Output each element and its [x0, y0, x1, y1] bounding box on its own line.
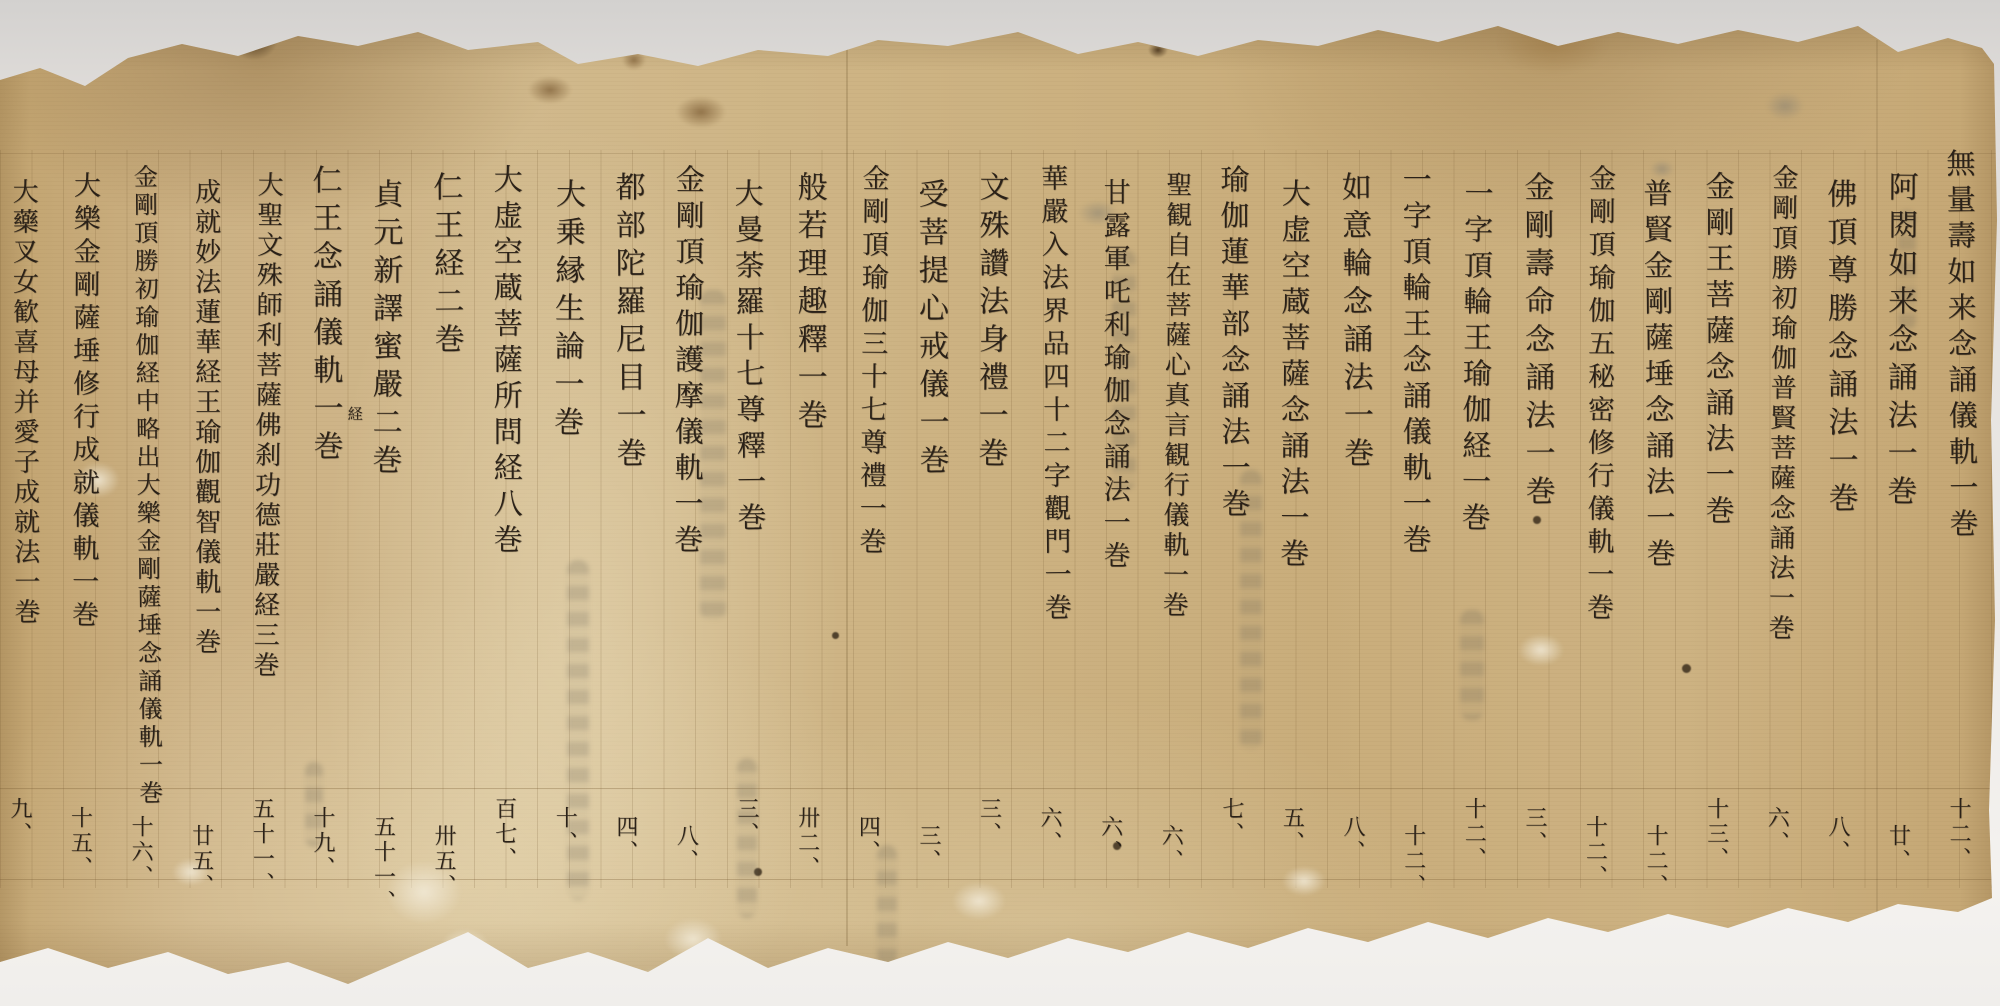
sutra-title: 都部陀羅尼目一巻 [609, 171, 645, 475]
catalog-column: 如意輪念誦法一巻 [1331, 171, 1378, 475]
case-number: 九、 [4, 797, 35, 847]
case-number: 四、 [610, 815, 641, 865]
sutra-title: 文殊讚法身禮一巻 [973, 171, 1009, 475]
case-number: 卅五、 [428, 824, 459, 899]
sutra-title: 般若理趣釋一巻 [792, 171, 827, 437]
sutra-title: 普賢金剛薩埵念誦法一巻 [1639, 178, 1676, 574]
case-number: 六、 [1761, 806, 1792, 856]
sutra-title: 金剛壽命念誦法一巻 [1518, 171, 1554, 513]
sutra-title: 如意輪念誦法一巻 [1336, 171, 1374, 475]
case-number: 五十一、 [367, 815, 398, 915]
sutra-title: 聖観自在菩薩心真言観行儀軌一巻 [1158, 171, 1192, 621]
sutra-title: 仁王念誦儀軌一巻 [306, 164, 342, 468]
case-number: 十、 [549, 806, 580, 856]
sutra-title: 仁王経二巻 [427, 171, 464, 361]
catalog-column: 仁王経二巻 [422, 171, 468, 361]
sutra-title: 佛頂尊勝念誦法一巻 [1821, 178, 1857, 520]
sutra-title: 金剛頂瑜伽五秘密修行儀軌一巻 [1582, 164, 1615, 626]
case-number: 十二、 [1458, 797, 1489, 872]
case-number: 十三、 [1701, 797, 1732, 872]
sutra-title: 大虚空蔵菩薩念誦法一巻 [1277, 178, 1313, 574]
catalog-column: 甘露軍吒利瑜伽念誦法一巻 [1095, 178, 1134, 574]
case-number: 三、 [913, 824, 944, 874]
sutra-title: 成就妙法蓮華経王瑜伽觀智儀軌一巻 [191, 178, 221, 658]
case-number: 十二、 [1398, 824, 1429, 899]
catalog-column: 仁王念誦儀軌一巻 [301, 164, 346, 468]
catalog-column: 受菩提心戒儀一巻 [907, 178, 952, 482]
case-number: 六、 [1155, 824, 1186, 874]
stain [1118, 18, 1146, 42]
catalog-column: 大虚空蔵菩薩所問経八巻 [487, 164, 528, 560]
sutra-title: 阿閦如来念誦法一巻 [1882, 171, 1918, 513]
interlinear-insert-char: 経 [345, 406, 366, 422]
sutra-title: 金剛王菩薩念誦法一巻 [1702, 171, 1736, 531]
catalog-column: 貞元新譯蜜嚴二巻経 [362, 178, 407, 482]
sutra-title: 華嚴入法界品四十二字觀門一巻 [1036, 164, 1071, 626]
catalog-column: 華嚴入法界品四十二字觀門一巻 [1032, 164, 1075, 626]
case-number: 三、 [731, 797, 762, 847]
columns-layer: 無量壽如来念誦儀軌一巻十二、阿閦如来念誦法一巻廿、佛頂尊勝念誦法一巻八、金剛頂勝… [0, 0, 2000, 1006]
manuscript-photo: 無量壽如来念誦儀軌一巻十二、阿閦如来念誦法一巻廿、佛頂尊勝念誦法一巻八、金剛頂勝… [0, 0, 2000, 1006]
case-number: 十六、 [125, 815, 156, 890]
catalog-column: 金剛頂勝初瑜伽経中略出大樂金剛薩埵念誦儀軌一巻 [126, 164, 167, 808]
case-number: 五、 [1276, 806, 1307, 856]
sutra-title: 金剛頂勝初瑜伽普賢菩薩念誦法一巻 [1764, 164, 1798, 644]
case-number: 五十一、 [246, 797, 277, 897]
sutra-title: 大虚空蔵菩薩所問経八巻 [490, 164, 524, 560]
case-number: 六、 [1034, 806, 1065, 856]
catalog-column: 阿閦如来念誦法一巻 [1877, 171, 1922, 513]
catalog-column: 大乗縁生論一巻 [543, 178, 589, 444]
case-number: 十二、 [1640, 824, 1671, 899]
sutra-title: 金剛頂瑜伽護摩儀軌一巻 [671, 164, 707, 560]
catalog-column: 金剛頂瑜伽五秘密修行儀軌一巻 [1578, 164, 1619, 626]
sutra-title: 金剛頂勝初瑜伽経中略出大樂金剛薩埵念誦儀軌一巻 [129, 164, 163, 808]
catalog-column: 金剛王菩薩念誦法一巻 [1699, 171, 1740, 531]
catalog-column: 金剛頂勝初瑜伽普賢菩薩念誦法一巻 [1761, 164, 1802, 644]
stain [288, 6, 316, 30]
catalog-column: 般若理趣釋一巻 [787, 171, 831, 437]
catalog-column: 大虚空蔵菩薩念誦法一巻 [1274, 178, 1317, 574]
case-number: 百七、 [489, 797, 520, 872]
sutra-title: 甘露軍吒利瑜伽念誦法一巻 [1099, 178, 1130, 574]
sutra-title: 金剛頂瑜伽三十七尊禮一巻 [854, 164, 888, 560]
case-number: 廿、 [1882, 824, 1913, 874]
catalog-column: 成就妙法蓮華経王瑜伽觀智儀軌一巻 [188, 178, 225, 658]
catalog-column: 金剛壽命念誦法一巻 [1513, 171, 1558, 513]
catalog-column: 大藥叉女歓喜母并愛子成就法一巻 [5, 178, 44, 628]
catalog-column: 大曼荼羅十七尊釋一巻 [727, 178, 771, 538]
catalog-column: 一字頂輪王瑜伽経一巻 [1455, 178, 1499, 538]
catalog-column: 都部陀羅尼目一巻 [604, 171, 649, 475]
catalog-column: 文殊讚法身禮一巻 [968, 171, 1013, 475]
sutra-title: 一字頂輪王念誦儀軌一巻 [1399, 164, 1433, 560]
scroll-paper-sheet: 無量壽如来念誦儀軌一巻十二、阿閦如来念誦法一巻廿、佛頂尊勝念誦法一巻八、金剛頂勝… [0, 0, 2000, 1006]
case-number: 十二、 [1943, 797, 1974, 872]
catalog-column: 無量壽如来念誦儀軌一巻 [1939, 148, 1983, 544]
sutra-title: 受菩提心戒儀一巻 [912, 178, 948, 482]
case-number: 六、 [1095, 815, 1126, 865]
case-number: 廿五、 [186, 824, 217, 899]
sutra-title: 大藥叉女歓喜母并愛子成就法一巻 [8, 178, 40, 628]
sutra-title: 大聖文殊師利菩薩佛刹功德莊嚴経三巻 [249, 171, 283, 681]
case-number: 七、 [1216, 797, 1247, 847]
sutra-title: 大曼荼羅十七尊釋一巻 [730, 178, 767, 538]
stain [1406, 12, 1432, 32]
catalog-column: 大樂金剛薩埵修行成就儀軌一巻 [63, 171, 104, 633]
case-number: 四、 [852, 815, 883, 865]
damage-patch [634, 968, 678, 994]
case-number: 十九、 [307, 806, 338, 881]
catalog-column: 金剛頂瑜伽護摩儀軌一巻 [668, 164, 711, 560]
sutra-title: 大樂金剛薩埵修行成就儀軌一巻 [67, 171, 100, 633]
case-number: 八、 [1337, 815, 1368, 865]
catalog-column: 大聖文殊師利菩薩佛刹功德莊嚴経三巻 [246, 171, 287, 681]
case-number: 三、 [1519, 806, 1550, 856]
case-number: 八、 [670, 824, 701, 874]
case-number: 十五、 [64, 806, 95, 881]
case-number: 卅二、 [792, 806, 823, 881]
sutra-title: 一字頂輪王瑜伽経一巻 [1458, 178, 1495, 538]
catalog-column: 普賢金剛薩埵念誦法一巻 [1636, 178, 1680, 574]
sutra-title: 瑜伽蓮華部念誦法一巻 [1216, 164, 1252, 524]
catalog-column: 聖観自在菩薩心真言観行儀軌一巻 [1155, 171, 1196, 621]
sutra-title: 無量壽如来念誦儀軌一巻 [1942, 148, 1979, 544]
catalog-column: 金剛頂瑜伽三十七尊禮一巻 [850, 164, 892, 560]
case-number: 八、 [1822, 815, 1853, 865]
sutra-title: 貞元新譯蜜嚴二巻 [367, 178, 403, 482]
sutra-title: 大乗縁生論一巻 [548, 178, 585, 444]
case-number: 三、 [973, 797, 1004, 847]
catalog-column: 佛頂尊勝念誦法一巻 [1816, 178, 1861, 520]
catalog-column: 瑜伽蓮華部念誦法一巻 [1213, 164, 1256, 524]
catalog-column: 一字頂輪王念誦儀軌一巻 [1396, 164, 1437, 560]
case-number: 十二、 [1579, 815, 1610, 890]
